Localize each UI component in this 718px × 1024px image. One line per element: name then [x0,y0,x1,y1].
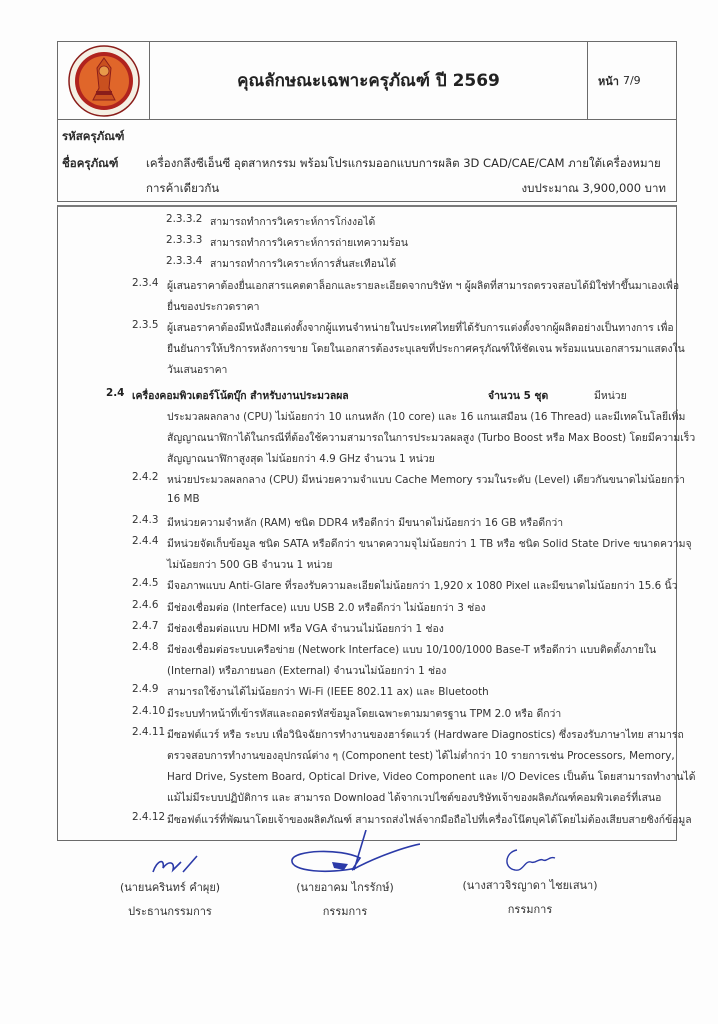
signer-role: กรรมการ [445,900,615,918]
signature-scribble-icon [270,830,420,878]
section-number: 2.4 [106,387,124,399]
signature-scribble-icon [135,852,205,878]
signer-role: ประธานกรรมการ [95,902,245,920]
equipment-name-line-2: การค้าเดียวกัน [146,180,219,198]
specification-body: 2.3.3.2สามารถทำการวิเคราะห์การโก่งงอได้2… [57,205,677,841]
item-number: 2.4.2 [132,471,158,483]
item-number: 2.3.3.2 [166,213,202,225]
section-title: เครื่องคอมพิวเตอร์โน้ตบุ๊ก สำหรับงานประม… [132,387,349,404]
spec-item-text: มีจอภาพแบบ Anti-Glare ที่รองรับความละเอี… [167,577,677,594]
spec-item-text: สามารถทำการวิเคราะห์การถ่ายเทความร้อน [210,234,408,251]
item-number: 2.4.9 [132,683,158,695]
item-number: 2.3.3.3 [166,234,202,246]
item-number: 2.4.8 [132,641,158,653]
equipment-code-label: รหัสครุภัณฑ์ [62,128,124,146]
signature-block-member-2: (นางสาวจิรญาดา ไชยเสนา) กรรมการ [445,846,615,918]
spec-item-text: มีช่องเชื่อมต่อแบบ HDMI หรือ VGA จำนวนไม… [167,620,444,637]
spec-item-text: มีช่องเชื่อมต่อระบบเครือข่าย (Network In… [167,641,656,658]
equipment-info: รหัสครุภัณฑ์ ชื่อครุภัณฑ์ เครื่องกลึงซีเ… [57,120,677,202]
document-title: คุณลักษณะเฉพาะครุภัณฑ์ ปี 2569 [150,42,588,119]
page-value: 7/9 [623,74,641,87]
spec-item-text: สามารถทำการวิเคราะห์การสั่นสะเทือนได้ [210,255,396,272]
item-number: 2.4.12 [132,811,165,823]
spec-intro-text: ประมวลผลกลาง (CPU) ไม่น้อยกว่า 10 แกนหลั… [167,408,685,425]
spec-item-text: Hard Drive, System Board, Optical Drive,… [167,768,696,785]
spec-item-text: สามารถใช้งานได้ไม่น้อยกว่า Wi-Fi (IEEE 8… [167,683,489,700]
spec-item-text: แม้ไม่มีระบบปฏิบัติการ และ สามารถ Downlo… [167,789,661,806]
signature-block-chair: (นายนครินทร์ คำผุย) ประธานกรรมการ [95,852,245,920]
section-quantity: จำนวน 5 ชุด [488,387,548,404]
spec-item-text: มีซอฟต์แวร์ หรือ ระบบ เพื่อวินิจฉัยการทำ… [167,726,684,743]
spec-item-text: ไม่น้อยกว่า 500 GB จำนวน 1 หน่วย [167,556,332,573]
spec-item-text: มีซอฟต์แวร์ที่พัฒนาโดยเจ้าของผลิตภัณฑ์ ส… [167,811,692,828]
logo-cell [58,42,150,119]
section-unit: มีหน่วย [594,387,627,404]
signer-name: (นางสาวจิรญาดา ไชยเสนา) [445,876,615,894]
spec-item-text: (Internal) หรือภายนอก (External) จำนวนไม… [167,662,446,679]
item-number: 2.4.5 [132,577,158,589]
item-number: 2.4.11 [132,726,165,738]
spec-item-text: มีระบบทำหน้าที่เข้ารหัสและถอดรหัสข้อมูลโ… [167,705,561,722]
spec-item-text: มีหน่วยจัดเก็บข้อมูล ชนิด SATA หรือดีกว่… [167,535,692,552]
spec-item-text: ยืนยันการให้บริการหลังการขาย โดยในเอกสาร… [167,340,685,357]
document-page: คุณลักษณะเฉพาะครุภัณฑ์ ปี 2569 หน้า 7/9 … [0,0,718,1024]
item-number: 2.4.4 [132,535,158,547]
spec-intro-text: สัญญาณนาฬิกาสูงสุด ไม่น้อยกว่า 4.9 GHz จ… [167,450,435,467]
signature-scribble-icon [495,846,565,876]
spec-item-text: ผู้เสนอราคาต้องยื่นเอกสารแคตตาล็อกและราย… [167,277,679,294]
signer-name: (นายอาคม ไกรรักษ์) [265,878,425,896]
spec-item-text: มีช่องเชื่อมต่อ (Interface) แบบ USB 2.0 … [167,599,486,616]
item-number: 2.4.6 [132,599,158,611]
spec-item-text: ยื่นของประกวดราคา [167,298,259,315]
budget-amount: งบประมาณ 3,900,000 บาท [522,180,666,198]
spec-item-text: หน่วยประมวลผลกลาง (CPU) มีหน่วยความจำแบบ… [167,471,685,488]
spec-item-text: มีหน่วยความจำหลัก (RAM) ชนิด DDR4 หรือดี… [167,514,563,531]
item-number: 2.3.5 [132,319,158,331]
item-number: 2.4.3 [132,514,158,526]
seal-logo-icon [65,44,143,118]
page-label: หน้า [598,72,619,90]
spec-item-text: สามารถทำการวิเคราะห์การโก่งงอได้ [210,213,375,230]
signer-name: (นายนครินทร์ คำผุย) [95,878,245,896]
item-number: 2.4.7 [132,620,158,632]
page-number: หน้า 7/9 [588,42,676,119]
spec-item-text: วันเสนอราคา [167,361,227,378]
spec-item-text: ตรวจสอบการทำงานของอุปกรณ์ต่าง ๆ (Compone… [167,747,675,764]
signature-block-member-1: (นายอาคม ไกรรักษ์) กรรมการ [265,830,425,920]
spec-item-text: ผู้เสนอราคาต้องมีหนังสือแต่งตั้งจากผู้แท… [167,319,674,336]
equipment-name-line-1: เครื่องกลึงซีเอ็นซี อุตสาหกรรม พร้อมโปรแ… [146,155,661,173]
item-number: 2.3.4 [132,277,158,289]
item-number: 2.4.10 [132,705,165,717]
equipment-name-label: ชื่อครุภัณฑ์ [62,155,118,173]
signer-role: กรรมการ [265,902,425,920]
spec-intro-text: สัญญาณนาฬิกาได้ในกรณีที่ต้องใช้ความสามาร… [167,429,695,446]
spec-item-text: 16 MB [167,493,200,505]
document-header: คุณลักษณะเฉพาะครุภัณฑ์ ปี 2569 หน้า 7/9 [57,41,677,120]
item-number: 2.3.3.4 [166,255,202,267]
